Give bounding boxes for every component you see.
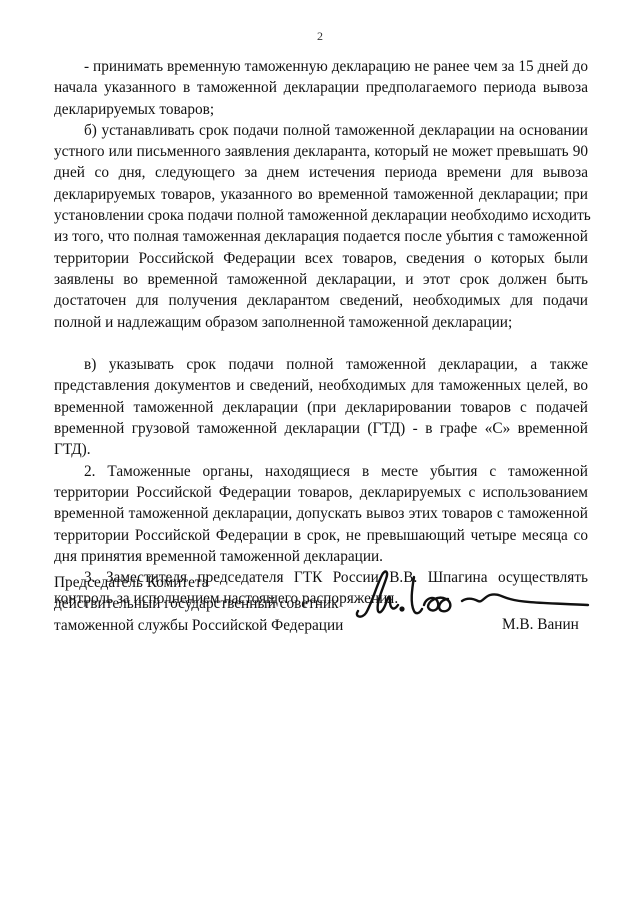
signatory-title-line: действительный государственный советник [54, 593, 343, 614]
signatory-title-line: Председатель Комитета [54, 572, 343, 593]
text-line: дня принятия временной таможенной деклар… [54, 546, 588, 567]
handwritten-signature-icon [352, 565, 592, 621]
paragraph-point-2: 2. Таможенные органы, находящиеся в мест… [54, 461, 588, 567]
text-line: территории Российской Федерации всех тов… [54, 248, 588, 269]
page-number: 2 [0, 29, 640, 44]
text-line: устного или письменного заявления деклар… [54, 141, 588, 162]
text-line: в) указывать срок подачи полной таможенн… [54, 354, 588, 375]
text-line: из того, что полная таможенная деклараци… [54, 226, 588, 247]
paragraph-item-b: б) устанавливать срок подачи полной тамо… [54, 120, 588, 333]
signatory-name: М.В. Ванин [502, 614, 579, 635]
blank-line [54, 333, 588, 354]
paragraph-dash-item: - принимать временную таможенную деклара… [54, 56, 588, 120]
text-line: декларируемых товаров; [54, 99, 588, 120]
text-line: дней со дня, следующего за днем истечени… [54, 162, 588, 183]
text-line: территории Российской Федерации товаров,… [54, 482, 588, 503]
text-line: установлении срока подачи полной таможен… [54, 205, 588, 226]
text-line: ГТД). [54, 439, 588, 460]
text-line: территории Российской Федерации в срок, … [54, 525, 588, 546]
text-line: начала указанного в таможенной деклараци… [54, 77, 588, 98]
text-line: 2. Таможенные органы, находящиеся в мест… [54, 461, 588, 482]
text-line: декларируемых товаров, указанного во вре… [54, 184, 588, 205]
signatory-title: Председатель Комитета действительный гос… [54, 572, 343, 636]
document-body: - принимать временную таможенную деклара… [54, 56, 588, 610]
text-line: представления документов и сведений, нео… [54, 375, 588, 396]
text-line: временной таможенной декларации (при дек… [54, 397, 588, 418]
text-line: полной и надлежащим образом заполненной … [54, 312, 588, 333]
text-line: - принимать временную таможенную деклара… [54, 56, 588, 77]
paragraph-item-v: в) указывать срок подачи полной таможенн… [54, 354, 588, 460]
text-line: временной таможенной декларации, допуска… [54, 503, 588, 524]
signatory-title-line: таможенной службы Российской Федерации [54, 615, 343, 636]
text-line: б) устанавливать срок подачи полной тамо… [54, 120, 588, 141]
text-line: заявлены во временной таможенной деклара… [54, 269, 588, 290]
text-line: временной грузовой таможенной декларации… [54, 418, 588, 439]
text-line: достаточен для получения декларантом све… [54, 290, 588, 311]
